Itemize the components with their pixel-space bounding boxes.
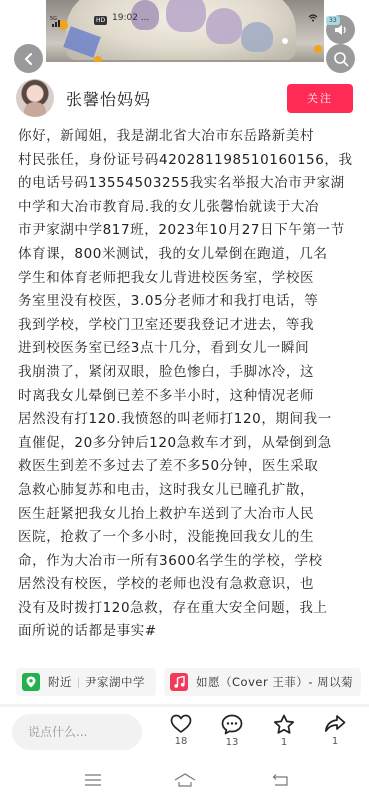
bottom-action-bar: 18 13 1 1	[0, 707, 369, 757]
author-row: 张馨怡妈妈 关注	[16, 79, 353, 117]
butterfly-decoration	[166, 0, 206, 32]
music-tag[interactable]: 如愿（Cover 王菲）- 周以菊	[164, 668, 361, 696]
heart-icon	[170, 714, 192, 734]
author-name[interactable]: 张馨怡妈妈	[66, 87, 151, 110]
music-note-icon	[170, 673, 188, 691]
status-time: 19:02 ...	[112, 13, 149, 23]
follow-button[interactable]: 关注	[287, 84, 353, 113]
wifi-icon	[308, 14, 318, 25]
tags-row: 附近尹家湖中学 如愿（Cover 王菲）- 周以菊	[16, 668, 369, 696]
post-line: 你好，新闻姐，我是湖北省大冶市东岳路新美村	[18, 125, 354, 149]
signal-bars-icon	[52, 20, 60, 27]
post-line: 面所说的话都是事实#	[18, 620, 354, 644]
post-line: 医生赶紧把我女儿抬上救护车送到了大冶市人民	[18, 503, 354, 527]
comment-input[interactable]	[12, 714, 142, 750]
post-body-text: 你好，新闻姐，我是湖北省大冶市东岳路新美村 村民张任，身份证号码42028119…	[18, 125, 354, 644]
back-arrow-icon	[271, 773, 289, 787]
nav-back-button[interactable]	[265, 768, 295, 792]
post-line: 医院，抢救了一个多小时，没能挽回我女儿的生	[18, 526, 354, 550]
post-line: 时离我女儿晕倒已差不多半小时，这种情况老师	[18, 385, 354, 409]
back-button[interactable]	[14, 44, 43, 73]
location-pin-icon	[22, 673, 40, 691]
post-line: 进到校医务室已经3点十几分，看到女儿一瞬间	[18, 337, 354, 361]
comment-count: 13	[216, 737, 248, 748]
post-line: 没有及时拨打120急救，存在重大安全问题，我上	[18, 597, 354, 621]
comment-bubble-icon	[221, 714, 243, 735]
like-count: 18	[165, 736, 197, 747]
tag-separator	[78, 678, 79, 688]
post-line: 的电话号码13554503255我实名举报大冶市尹家湖	[18, 172, 354, 196]
post-line: 中学和大冶市教育局.我的女儿张馨怡就读于大冶	[18, 196, 354, 220]
post-line: 市尹家湖中学817班，2023年10月27日下午第一节	[18, 219, 354, 243]
avatar[interactable]	[16, 79, 54, 117]
light-dot	[314, 45, 322, 53]
location-tag[interactable]: 附近尹家湖中学	[16, 668, 156, 696]
post-line: 居然没有校医，学校的老师也没有急救意识，也	[18, 573, 354, 597]
menu-icon	[84, 773, 102, 787]
post-line: 直催促，20多分钟后120急救车才到，从晕倒到急	[18, 432, 354, 456]
post-line: 救医生到差不多过去了差不多50分钟，医生采取	[18, 455, 354, 479]
favorite-button[interactable]: 1	[268, 714, 300, 748]
chevron-left-icon	[23, 52, 35, 66]
share-arrow-icon	[324, 714, 346, 734]
hd-badge: HD	[94, 16, 107, 25]
butterfly-decoration	[206, 8, 242, 44]
battery-indicator: 33	[326, 16, 340, 25]
share-button[interactable]: 1	[319, 714, 351, 747]
light-dot	[94, 56, 102, 62]
post-line: 学生和体育老师把我女儿背进校医务室，学校医	[18, 267, 354, 291]
post-line: 体育课，800米测试，我的女儿晕倒在跑道，几名	[18, 243, 354, 267]
post-line: 急救心肺复苏和电击，这时我女儿已瞳孔扩散，	[18, 479, 354, 503]
like-button[interactable]: 18	[165, 714, 197, 747]
nav-menu-button[interactable]	[78, 768, 108, 792]
butterfly-decoration	[241, 22, 273, 52]
system-nav-bar	[0, 760, 369, 800]
post-line: 我崩溃了，紧闭双眼，脸色惨白，手脚冰冷，这	[18, 361, 354, 385]
light-dot	[282, 38, 288, 44]
post-line: 居然没有打120.我愤怒的叫老师打120，期间我一	[18, 408, 354, 432]
comment-button[interactable]: 13	[216, 714, 248, 748]
location-tag-text: 附近尹家湖中学	[48, 674, 145, 690]
post-line: 命，作为大冶市一所有3600名学生的学校，学校	[18, 550, 354, 574]
post-line: 村民张任，身份证号码420281198510160156，我	[18, 149, 354, 173]
search-button[interactable]	[326, 44, 355, 73]
share-count: 1	[319, 736, 351, 747]
star-icon	[273, 714, 295, 735]
post-line: 我到学校，学校门卫室还要我登记才进去，等我	[18, 314, 354, 338]
post-cover-image[interactable]: 5G HD 19:02 ...	[46, 0, 324, 62]
favorite-count: 1	[268, 737, 300, 748]
search-icon	[333, 51, 349, 67]
nav-home-button[interactable]	[170, 768, 200, 792]
post-line: 务室里没有校医，3.05分老师才和我打电话，等	[18, 290, 354, 314]
home-icon	[173, 772, 197, 788]
music-tag-text: 如愿（Cover 王菲）- 周以菊	[196, 674, 353, 690]
